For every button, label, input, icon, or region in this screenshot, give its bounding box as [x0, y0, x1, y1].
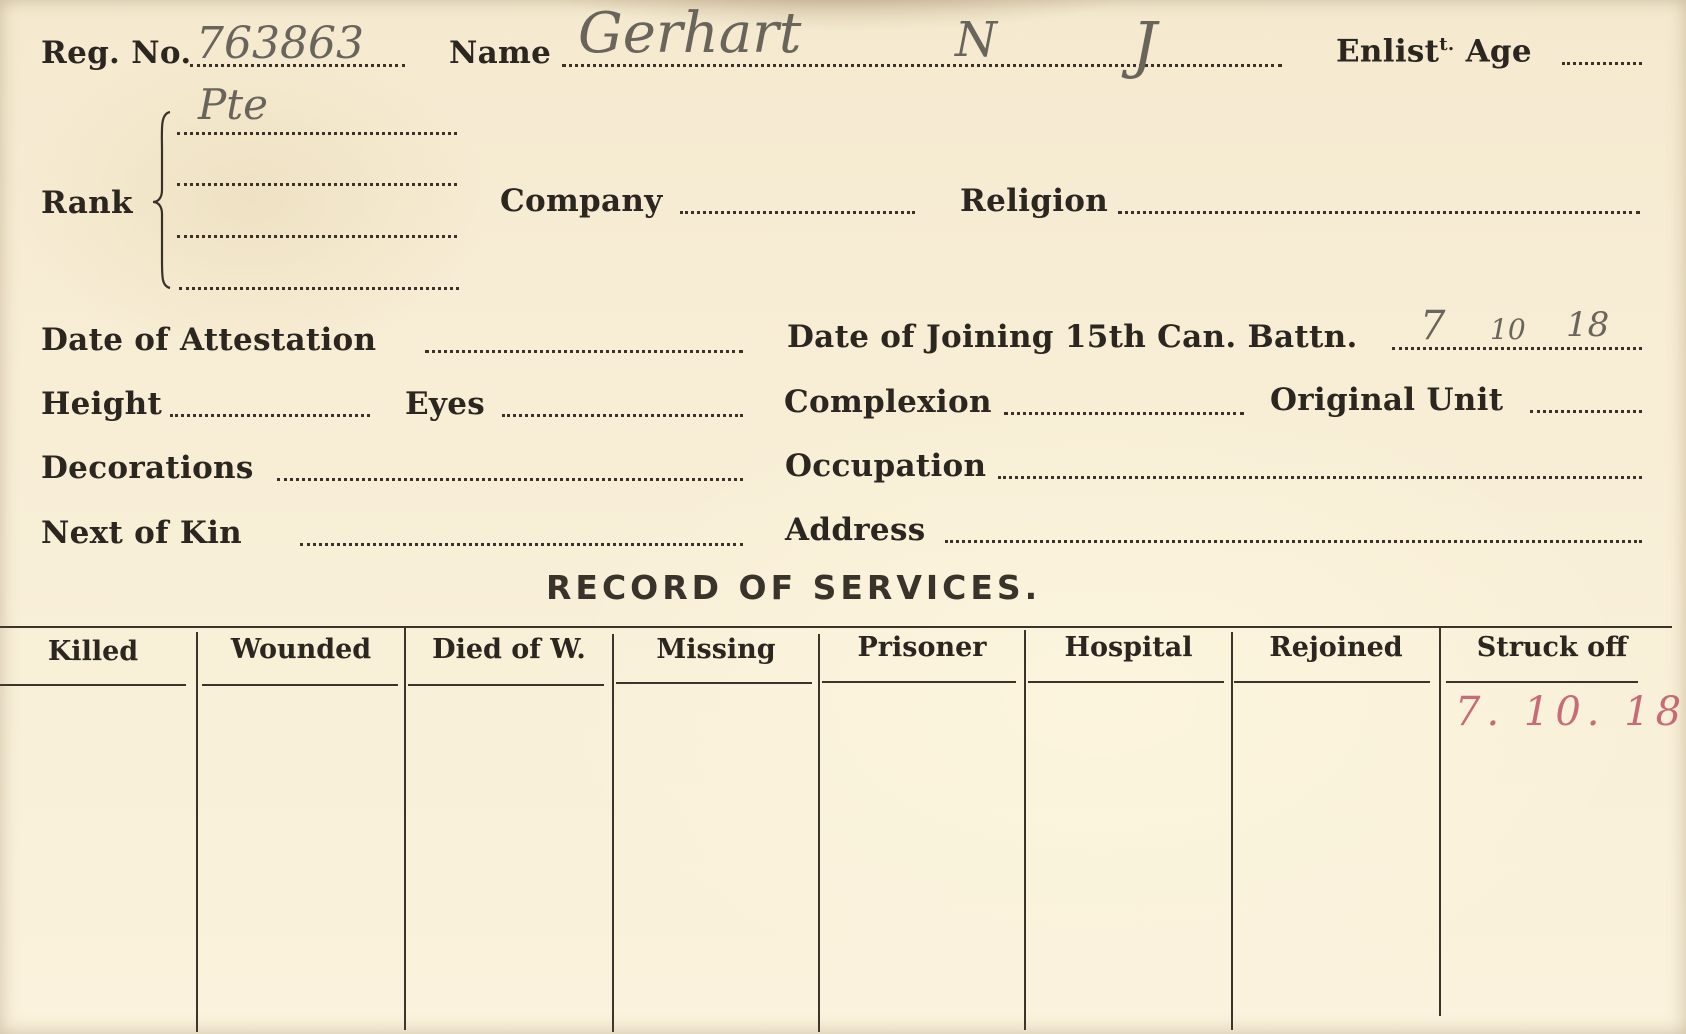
- cell-missing[interactable]: [614, 688, 818, 1028]
- column-header-prisoner: Prisoner: [820, 632, 1024, 663]
- rank-label: Rank: [41, 188, 133, 219]
- religion-line[interactable]: [1118, 211, 1640, 214]
- eyes-label: Eyes: [405, 389, 485, 420]
- rank-line-2[interactable]: [177, 183, 457, 186]
- occupation-label: Occupation: [785, 451, 986, 482]
- address-label: Address: [785, 515, 925, 546]
- header-underline: [1028, 681, 1224, 683]
- column-header-missing: Missing: [614, 634, 818, 665]
- reg-no-label: Reg. No.: [41, 38, 191, 69]
- cell-prisoner[interactable]: [820, 688, 1024, 1028]
- service-record-card: Reg. No. 763863 Name Gerhart N J Enlistt…: [0, 0, 1686, 1034]
- column-header-wounded: Wounded: [198, 634, 404, 665]
- enlist-age-label: Enlistt. Age: [1336, 36, 1532, 67]
- rank-line-3[interactable]: [177, 235, 457, 238]
- cell-rejoined[interactable]: [1233, 688, 1439, 1028]
- complexion-line[interactable]: [1004, 412, 1244, 415]
- height-label: Height: [41, 389, 162, 420]
- date-of-attestation-label: Date of Attestation: [41, 325, 376, 356]
- column-header-rejoined: Rejoined: [1233, 632, 1439, 663]
- header-underline: [616, 682, 812, 684]
- record-of-services-heading: RECORD OF SERVICES.: [546, 568, 1041, 607]
- complexion-label: Complexion: [784, 387, 992, 418]
- column-header-died-of-wounds: Died of W.: [406, 634, 612, 665]
- struck-off-date: 7. 10. 18: [1455, 692, 1686, 732]
- address-line[interactable]: [945, 540, 1642, 543]
- date-of-attestation-line[interactable]: [425, 350, 743, 353]
- original-unit-line[interactable]: [1530, 410, 1642, 413]
- table-top-rule: [0, 626, 1672, 628]
- company-line[interactable]: [680, 211, 915, 214]
- cell-killed[interactable]: [0, 688, 196, 1028]
- occupation-line[interactable]: [998, 476, 1642, 479]
- rank-line-4[interactable]: [179, 287, 459, 290]
- rank-line-1[interactable]: [177, 132, 457, 135]
- date-of-joining-label: Date of Joining 15th Can. Battn.: [787, 322, 1358, 353]
- name-initial2-value[interactable]: J: [1132, 14, 1157, 76]
- next-of-kin-label: Next of Kin: [41, 518, 242, 549]
- header-underline: [202, 684, 398, 686]
- header-underline: [0, 684, 186, 686]
- company-label: Company: [500, 186, 663, 217]
- header-underline: [822, 681, 1016, 683]
- next-of-kin-line[interactable]: [300, 543, 743, 546]
- date-of-joining-day[interactable]: 7: [1420, 306, 1445, 346]
- header-underline: [408, 684, 604, 686]
- name-label: Name: [449, 38, 551, 69]
- rank-brace: [150, 110, 174, 290]
- header-underline: [1234, 681, 1430, 683]
- column-header-killed: Killed: [0, 636, 186, 667]
- name-surname-value[interactable]: Gerhart: [578, 6, 801, 62]
- date-of-joining-year[interactable]: 18: [1566, 308, 1609, 342]
- religion-label: Religion: [960, 186, 1108, 217]
- cell-wounded[interactable]: [198, 688, 404, 1028]
- cell-died-of-wounds[interactable]: [406, 688, 612, 1028]
- decorations-line[interactable]: [277, 478, 743, 481]
- enlist-age-line[interactable]: [1562, 62, 1642, 65]
- column-header-hospital: Hospital: [1026, 632, 1231, 663]
- reg-no-value[interactable]: 763863: [196, 22, 364, 66]
- eyes-line[interactable]: [502, 414, 743, 417]
- column-header-struck-off: Struck off: [1441, 632, 1663, 663]
- header-underline: [1446, 681, 1638, 683]
- decorations-label: Decorations: [41, 453, 254, 484]
- cell-hospital[interactable]: [1026, 688, 1231, 1028]
- height-line[interactable]: [170, 414, 370, 417]
- rank-value-1[interactable]: Pte: [198, 84, 268, 126]
- original-unit-label: Original Unit: [1270, 385, 1503, 416]
- date-of-joining-month[interactable]: 10: [1490, 316, 1526, 344]
- name-initial1-value[interactable]: N: [955, 16, 997, 64]
- cell-struck-off[interactable]: 7. 10. 18: [1441, 688, 1671, 1028]
